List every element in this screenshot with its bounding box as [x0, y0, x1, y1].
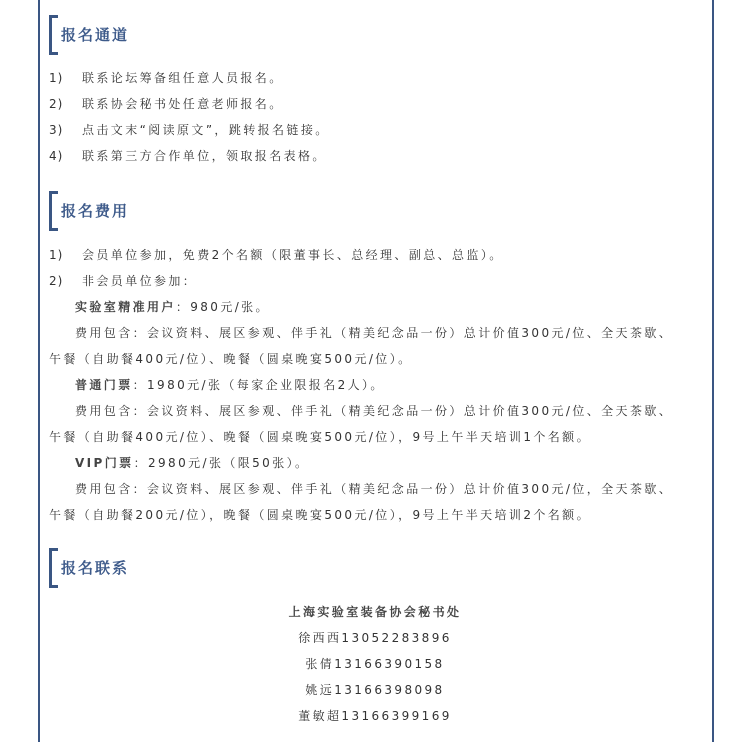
- tier-price: 普通门票：1980元/张（每家企业限报名2人）。: [75, 377, 385, 393]
- section-header-contact: 报名联系: [49, 548, 249, 588]
- bracket-icon: [49, 191, 58, 231]
- tier-desc: 午餐（自助餐200元/位），晚餐（圆桌晚宴500元/位），9号上午半天培训2个名…: [49, 507, 591, 523]
- tier-desc: 费用包含：会议资料、展区参观、伴手礼（精美纪念品一份）总计价值300元/位、全天…: [75, 403, 673, 419]
- list-item: 1)联系论坛筹备组任意人员报名。: [49, 70, 284, 86]
- tier-label: 普通门票: [75, 378, 133, 392]
- contact-person: 董敏超13166399169: [0, 708, 750, 724]
- list-item: 4)联系第三方合作单位，领取报名表格。: [49, 148, 327, 164]
- contact-person: 姚远13166398098: [0, 682, 750, 698]
- section-header-fee: 报名费用: [49, 191, 249, 231]
- tier-label: 实验室精准用户: [75, 300, 176, 314]
- tier-desc: 午餐（自助餐400元/位）、晚餐（圆桌晚宴500元/位）。: [49, 351, 413, 367]
- section-title: 报名费用: [61, 201, 129, 221]
- tier-price: VIP门票：2980元/张（限50张）。: [75, 455, 309, 471]
- list-item: 2)非会员单位参加：: [49, 273, 197, 289]
- tier-desc: 午餐（自助餐400元/位）、晚餐（圆桌晚宴500元/位），9号上午半天培训1个名…: [49, 429, 591, 445]
- section-header-channel: 报名通道: [49, 15, 249, 55]
- contact-org: 上海实验室装备协会秘书处: [0, 604, 750, 620]
- tier-desc: 费用包含：会议资料、展区参观、伴手礼（精美纪念品一份）总计价值300元/位、全天…: [75, 325, 673, 341]
- tier-price: 实验室精准用户：980元/张。: [75, 299, 270, 315]
- tier-label: VIP门票: [75, 456, 134, 470]
- contact-person: 张倩13166390158: [0, 656, 750, 672]
- bracket-icon: [49, 15, 58, 55]
- contact-person: 徐西西13052283896: [0, 630, 750, 646]
- list-item: 1)会员单位参加，免费2个名额（限董事长、总经理、副总、总监）。: [49, 247, 504, 263]
- tier-desc: 费用包含：会议资料、展区参观、伴手礼（精美纪念品一份）总计价值300元/位，全天…: [75, 481, 673, 497]
- section-title: 报名联系: [61, 558, 129, 578]
- bracket-icon: [49, 548, 58, 588]
- list-item: 3)点击文末“阅读原文”，跳转报名链接。: [49, 122, 330, 138]
- section-title: 报名通道: [61, 25, 129, 45]
- list-item: 2)联系协会秘书处任意老师报名。: [49, 96, 284, 112]
